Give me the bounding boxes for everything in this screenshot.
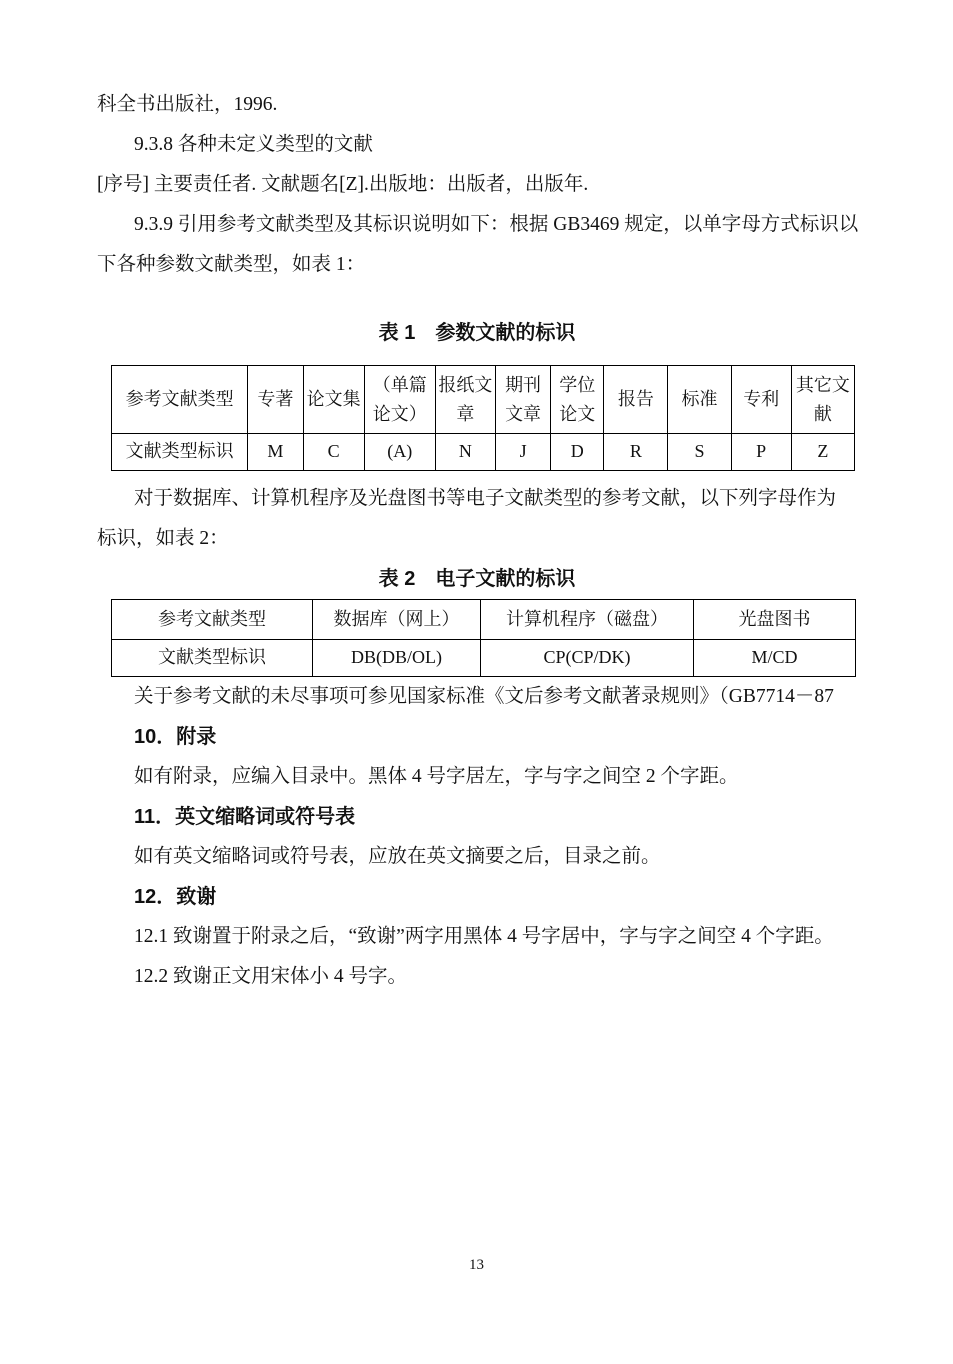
section-9-3-8: 9.3.8 各种未定义类型的文献: [97, 125, 857, 165]
paragraph-gb7714-note: 关于参考文献的未尽事项可参见国家标准《文后参考文献著录规则》（GB7714－87: [97, 677, 857, 717]
table1-data-row: 文献类型标识 M C (A) N J D R S P Z: [112, 434, 855, 471]
section-12-2-body: 12.2 致谢正文用宋体小 4 号字。: [97, 957, 857, 997]
table1-data-cell: (A): [364, 434, 435, 471]
page-content: 科全书出版社，1996. 9.3.8 各种未定义类型的文献 [序号] 主要责任者…: [97, 85, 857, 997]
paragraph-electronic-line1: 对于数据库、计算机程序及光盘图书等电子文献类型的参考文献，以下列字母作为: [97, 479, 857, 519]
section-11-body: 如有英文缩略词或符号表，应放在英文摘要之后，目录之前。: [97, 837, 857, 877]
table-reference-type-identifiers: 参考文献类型 专著 论文集 （单篇论文） 报纸文章 期刊文章 学位论文 报告 标…: [111, 365, 855, 471]
table1-data-cell: R: [604, 434, 668, 471]
table2-header-cell: 光盘图书: [694, 600, 856, 640]
table2-title: 表 2 电子文献的标识: [97, 559, 857, 599]
table1-header-cell: 标准: [668, 366, 731, 434]
table2-data-cell: DB(DB/OL): [313, 640, 481, 677]
table2-header-row: 参考文献类型 数据库（网上） 计算机程序（磁盘） 光盘图书: [112, 600, 856, 640]
section-12-heading: 12．致谢: [97, 877, 857, 917]
section-10-body: 如有附录，应编入目录中。黑体 4 号字居左，字与字之间空 2 个字距。: [97, 757, 857, 797]
table1-data-cell: S: [668, 434, 731, 471]
table1-title: 表 1 参数文献的标识: [97, 313, 857, 353]
table2-data-cell: CP(CP/DK): [481, 640, 694, 677]
table1-data-cell: 文献类型标识: [112, 434, 248, 471]
table2-data-cell: M/CD: [694, 640, 856, 677]
section-9-3-9-line1: 9.3.9 引用参考文献类型及其标识说明如下：根据 GB3469 规定，以单字母…: [97, 205, 857, 245]
table1-header-cell: 参考文献类型: [112, 366, 248, 434]
table1-header-cell: 专著: [248, 366, 303, 434]
section-11-heading: 11．英文缩略词或符号表: [97, 797, 857, 837]
table1-data-cell: J: [496, 434, 551, 471]
table1-header-row: 参考文献类型 专著 论文集 （单篇论文） 报纸文章 期刊文章 学位论文 报告 标…: [112, 366, 855, 434]
table1-header-cell: 专利: [731, 366, 791, 434]
table1-data-cell: D: [551, 434, 604, 471]
table1-data-cell: C: [303, 434, 364, 471]
table1-header-cell: 报告: [604, 366, 668, 434]
table1-data-cell: N: [435, 434, 495, 471]
table1-data-cell: M: [248, 434, 303, 471]
table1-header-cell: 期刊文章: [496, 366, 551, 434]
page-number: 13: [0, 1255, 953, 1275]
table2-data-row: 文献类型标识 DB(DB/OL) CP(CP/DK) M/CD: [112, 640, 856, 677]
table2-data-cell: 文献类型标识: [112, 640, 313, 677]
table2-header-cell: 参考文献类型: [112, 600, 313, 640]
table1-data-cell: P: [731, 434, 791, 471]
section-10-heading: 10．附录: [97, 717, 857, 757]
section-12-1-body: 12.1 致谢置于附录之后，“致谢”两字用黑体 4 号字居中，字与字之间空 4 …: [97, 917, 857, 957]
table1-header-cell: 论文集: [303, 366, 364, 434]
table1-header-cell: 其它文献: [791, 366, 854, 434]
paragraph-citation-format: [序号] 主要责任者. 文献题名[Z].出版地：出版者，出版年.: [97, 165, 857, 205]
table1-header-cell: 学位论文: [551, 366, 604, 434]
table1-header-cell: 报纸文章: [435, 366, 495, 434]
table2-header-cell: 数据库（网上）: [313, 600, 481, 640]
section-9-3-9-line2: 下各种参数文献类型，如表 1：: [97, 245, 857, 285]
paragraph-publisher: 科全书出版社，1996.: [97, 85, 857, 125]
table2-header-cell: 计算机程序（磁盘）: [481, 600, 694, 640]
table1-header-cell: （单篇论文）: [364, 366, 435, 434]
paragraph-electronic-line2: 标识，如表 2：: [97, 519, 857, 559]
document-page: { "content": { "line_pub": "科全书出版社，1996.…: [0, 0, 953, 1364]
table1-data-cell: Z: [791, 434, 854, 471]
table-electronic-identifiers: 参考文献类型 数据库（网上） 计算机程序（磁盘） 光盘图书 文献类型标识 DB(…: [111, 599, 856, 677]
